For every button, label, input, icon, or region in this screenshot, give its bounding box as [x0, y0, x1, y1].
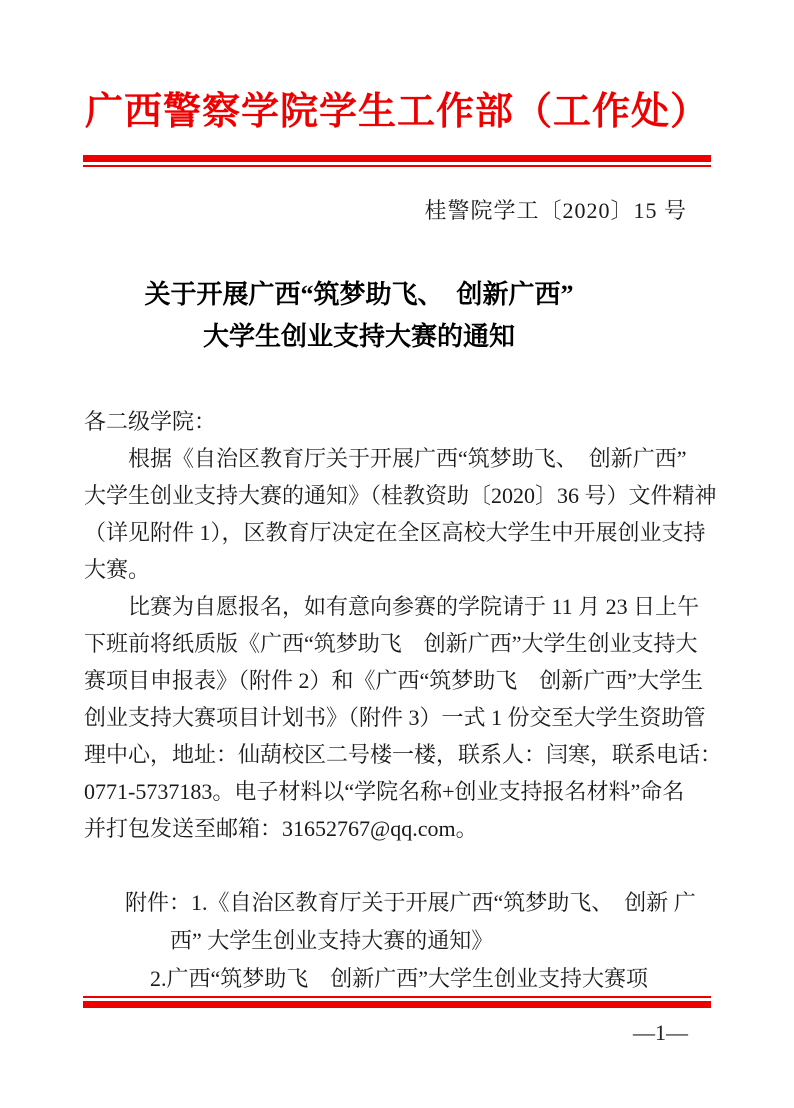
attachment-line: 2.广西“筑梦助飞 创新广西”大学生创业支持大赛项 [84, 960, 712, 998]
footer-rule-thick [83, 1001, 711, 1008]
red-header-title: 广西警察学院学生工作部（工作处） [0, 86, 794, 138]
body-line: 创业支持大赛项目计划书》（附件 3）一式 1 份交至大学生资助管 [84, 699, 712, 736]
body-line: 下班前将纸质版《广西“筑梦助飞 创新广西”大学生创业支持大 [84, 625, 712, 662]
notice-title-line1: 关于开展广西“筑梦助飞、 创新广西” [46, 274, 672, 316]
page-number: —1— [633, 1020, 688, 1046]
body-line: 根据《自治区教育厅关于开展广西“筑梦助飞、 创新广西” [84, 440, 712, 477]
attachment-line: 附件：1.《自治区教育厅关于开展广西“筑梦助飞、 创新 广 [84, 884, 712, 922]
attachment-line: 西” 大学生创业支持大赛的通知》 [84, 922, 712, 960]
body-line: （详见附件 1），区教育厅决定在全区高校大学生中开展创业支持 [84, 514, 712, 551]
salutation: 各二级学院： [84, 403, 712, 440]
attachment-list: 附件：1.《自治区教育厅关于开展广西“筑梦助飞、 创新 广 西” 大学生创业支持… [84, 884, 712, 998]
document-page: 广西警察学院学生工作部（工作处） 桂警院学工〔2020〕15 号 关于开展广西“… [0, 0, 794, 1108]
body-line: 赛项目申报表》（附件 2）和《广西“筑梦助飞 创新广西”大学生 [84, 662, 712, 699]
body-line: 0771-5737183。电子材料以“学院名称+创业支持报名材料”命名 [84, 773, 712, 810]
body-line: 并打包发送至邮箱：31652767@qq.com。 [84, 810, 712, 847]
notice-title: 关于开展广西“筑梦助飞、 创新广西” 大学生创业支持大赛的通知 [46, 274, 672, 358]
body-line: 大学生创业支持大赛的通知》（桂教资助〔2020〕36 号）文件精神 [84, 477, 712, 514]
body-line: 理中心，地址：仙葫校区二号楼一楼，联系人：闫寒，联系电话： [84, 736, 712, 773]
footer-rule-thin [83, 996, 711, 998]
body-line: 比赛为自愿报名，如有意向参赛的学院请于 11 月 23 日上午 [84, 588, 712, 625]
doc-number: 桂警院学工〔2020〕15 号 [424, 196, 687, 226]
header-rule-thick [83, 155, 711, 162]
notice-body: 各二级学院： 根据《自治区教育厅关于开展广西“筑梦助飞、 创新广西” 大学生创业… [84, 403, 712, 847]
notice-title-line2: 大学生创业支持大赛的通知 [46, 316, 672, 358]
body-line: 大赛。 [84, 551, 712, 588]
header-rule-thin [83, 165, 711, 167]
